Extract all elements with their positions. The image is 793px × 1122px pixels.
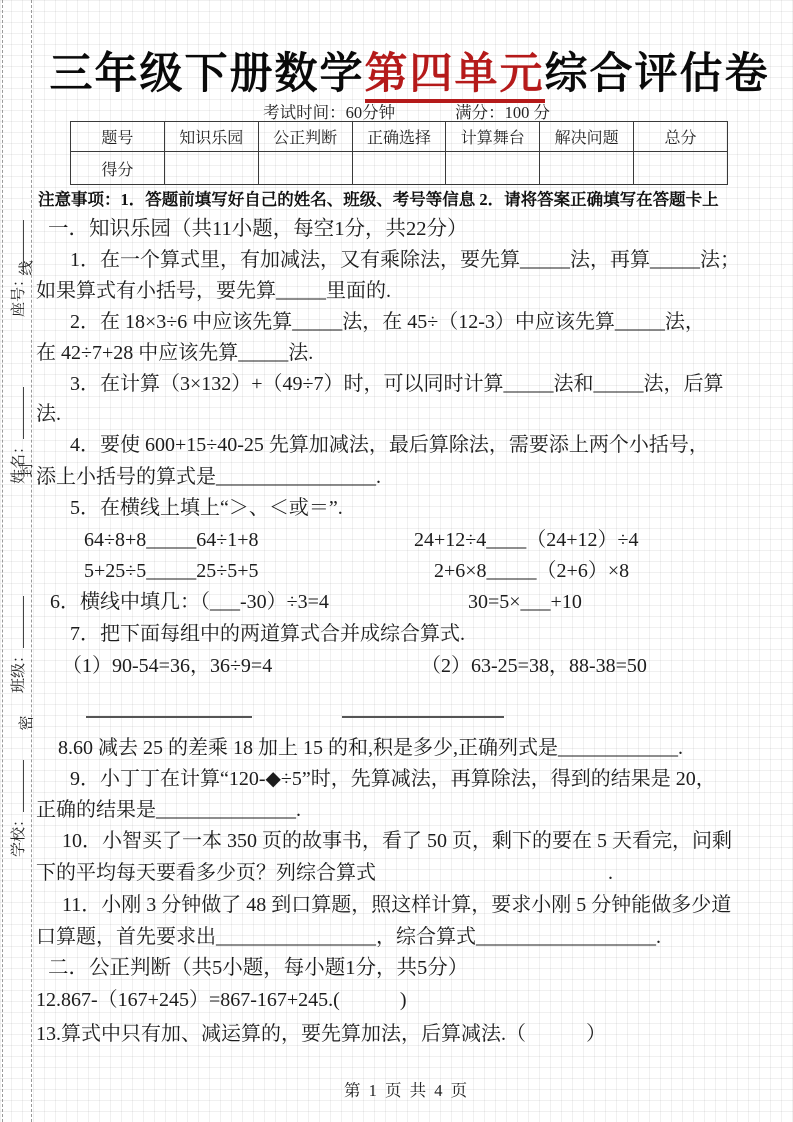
question-11-line2: 口算题，首先要求出________________，综合算式__________… [36, 922, 783, 953]
seal-field-blank [10, 387, 24, 439]
seal-field-label: 学校： [7, 812, 28, 857]
exam-info: 考试时间：60分钟满分：100 分 [36, 99, 777, 123]
question-10-line1: 10．小智买了一本 350 页的故事书，看了 50 页，剩下的要在 5 天看完，… [36, 826, 783, 857]
question-12: 12.867-（167+245）=867-167+245.( ) [36, 985, 783, 1016]
question-5-stem: 5．在横线上填上“＞、＜或＝”. [36, 493, 783, 524]
question-6-left: 6．横线中填几：（___-30）÷3=4 [36, 591, 329, 613]
title-part2: 综合评估卷 [545, 51, 770, 98]
exam-paper-page: 座号： 姓名： 班级： 学校： 线 封 密 三年级下册数学第四单元综合评估卷 考… [0, 0, 793, 1122]
question-6: 6．横线中填几：（___-30）÷3=4 30=5×___+10 [36, 587, 783, 618]
question-4-line2: 添上小括号的算式是________________. [36, 462, 783, 493]
seal-dashed-line-inner [31, 0, 32, 1122]
score-cell [540, 152, 634, 185]
question-5-row1-left: 64÷8+8_____64÷1+8 [36, 529, 259, 551]
score-row-label: 得分 [71, 152, 165, 185]
question-11-line1: 11．小刚 3 分钟做了 48 到口算题，照这样计算，要求小刚 5 分钟能做多少… [36, 890, 783, 921]
section2-heading: 二．公正判断（共5小题，每小题1分，共5分） [36, 953, 783, 984]
question-7-answer-lines [36, 716, 783, 719]
question-10-line2: 下的平均每天要看多少页？列综合算式 . [36, 858, 783, 889]
question-7-left: （1）90-54=36，36÷9=4 [36, 655, 272, 677]
score-table-score-row: 得分 [71, 152, 728, 185]
seal-dashed-line-outer [2, 0, 3, 1122]
seal-char-mi: 密 [18, 714, 36, 732]
score-col-header: 知识乐园 [164, 122, 258, 152]
question-7-pairs: （1）90-54=36，36÷9=4 （2）63-25=38，88-38=50 [36, 651, 783, 682]
seal-char-line: 线 [18, 259, 36, 277]
full-score: 满分：100 分 [455, 103, 550, 122]
seal-field-school: 学校： [6, 753, 28, 857]
question-9-line1: 9．小丁丁在计算“120-◆÷5”时，先算减法，再算除法，得到的结果是 20， [36, 764, 783, 795]
question-10-period: . [608, 858, 613, 889]
seal-field-class: 班级： [6, 589, 28, 693]
question-7-stem: 7．把下面每组中的两道算式合并成综合算式. [36, 619, 783, 650]
score-col-header: 总分 [634, 122, 728, 152]
score-cell [258, 152, 352, 185]
exam-time: 考试时间：60分钟 [263, 103, 395, 122]
title-unit-accent: 第四单元 [365, 51, 545, 103]
question-8: 8.60 减去 25 的差乘 18 加上 15 的和,积是多少,正确列式是___… [36, 733, 783, 764]
question-6-right: 30=5×___+10 [468, 587, 582, 618]
question-2-line1: 2．在 18×3÷6 中应该先算_____法，在 45÷（12-3）中应该先算_… [36, 307, 783, 338]
score-col-header: 解决问题 [540, 122, 634, 152]
question-9-line2: 正确的结果是______________. [36, 795, 783, 826]
score-cell [446, 152, 540, 185]
answer-line-2 [342, 716, 504, 718]
title-part1: 三年级下册数学 [50, 51, 365, 98]
question-3-line2: 法. [36, 399, 783, 430]
score-col-header: 公正判断 [258, 122, 352, 152]
seal-field-label: 座号： [7, 272, 28, 317]
question-1-line2: 如果算式有小括号，要先算_____里面的. [36, 276, 783, 307]
score-cell [164, 152, 258, 185]
question-5-row1: 64÷8+8_____64÷1+8 24+12÷4____（24+12）÷4 [36, 525, 783, 556]
seal-field-blank [10, 760, 24, 812]
section1-heading: 一．知识乐园（共11小题，每空1分，共22分） [36, 214, 783, 245]
question-5-row2-right: 2+6×8_____（2+6）×8 [434, 556, 629, 587]
seal-field-blank [10, 596, 24, 648]
question-1-line1: 1．在一个算式里，有加减法，又有乘除法，要先算_____法，再算_____法； [36, 245, 783, 276]
page-number-footer: 第 1 页 共 4 页 [36, 1077, 777, 1101]
question-5-row2-left: 5+25÷5_____25÷5+5 [36, 560, 259, 582]
seal-field-label: 班级： [7, 648, 28, 693]
notice-text: 注意事项：1．答题前填写好自己的姓名、班级、考号等信息 2．请将答案正确填写在答… [38, 186, 785, 210]
page-title: 三年级下册数学第四单元综合评估卷 [36, 40, 783, 101]
score-table: 题号 知识乐园 公正判断 正确选择 计算舞台 解决问题 总分 得分 [70, 121, 728, 185]
question-5-row2: 5+25÷5_____25÷5+5 2+6×8_____（2+6）×8 [36, 556, 783, 587]
score-cell [634, 152, 728, 185]
score-col-header: 正确选择 [352, 122, 446, 152]
question-3-line1: 3．在计算（3×132）+（49÷7）时，可以同时计算_____法和_____法… [36, 369, 783, 400]
question-13: 13.算式中只有加、减运算的，要先算加法，后算减法.（ ） [36, 1019, 783, 1050]
score-col-header: 题号 [71, 122, 165, 152]
question-5-row1-right: 24+12÷4____（24+12）÷4 [414, 525, 639, 556]
answer-line-1 [86, 716, 252, 718]
seal-char-feng: 封 [18, 461, 36, 479]
score-col-header: 计算舞台 [446, 122, 540, 152]
question-4-line1: 4．要使 600+15÷40-25 先算加减法，最后算除法，需要添上两个小括号， [36, 430, 783, 461]
question-2-line2: 在 42÷7+28 中应该先算_____法. [36, 338, 783, 369]
score-table-header-row: 题号 知识乐园 公正判断 正确选择 计算舞台 解决问题 总分 [71, 122, 728, 152]
question-7-right: （2）63-25=38，88-38=50 [421, 651, 647, 682]
question-10-line2-text: 下的平均每天要看多少页？列综合算式 [36, 862, 376, 884]
score-cell [352, 152, 446, 185]
